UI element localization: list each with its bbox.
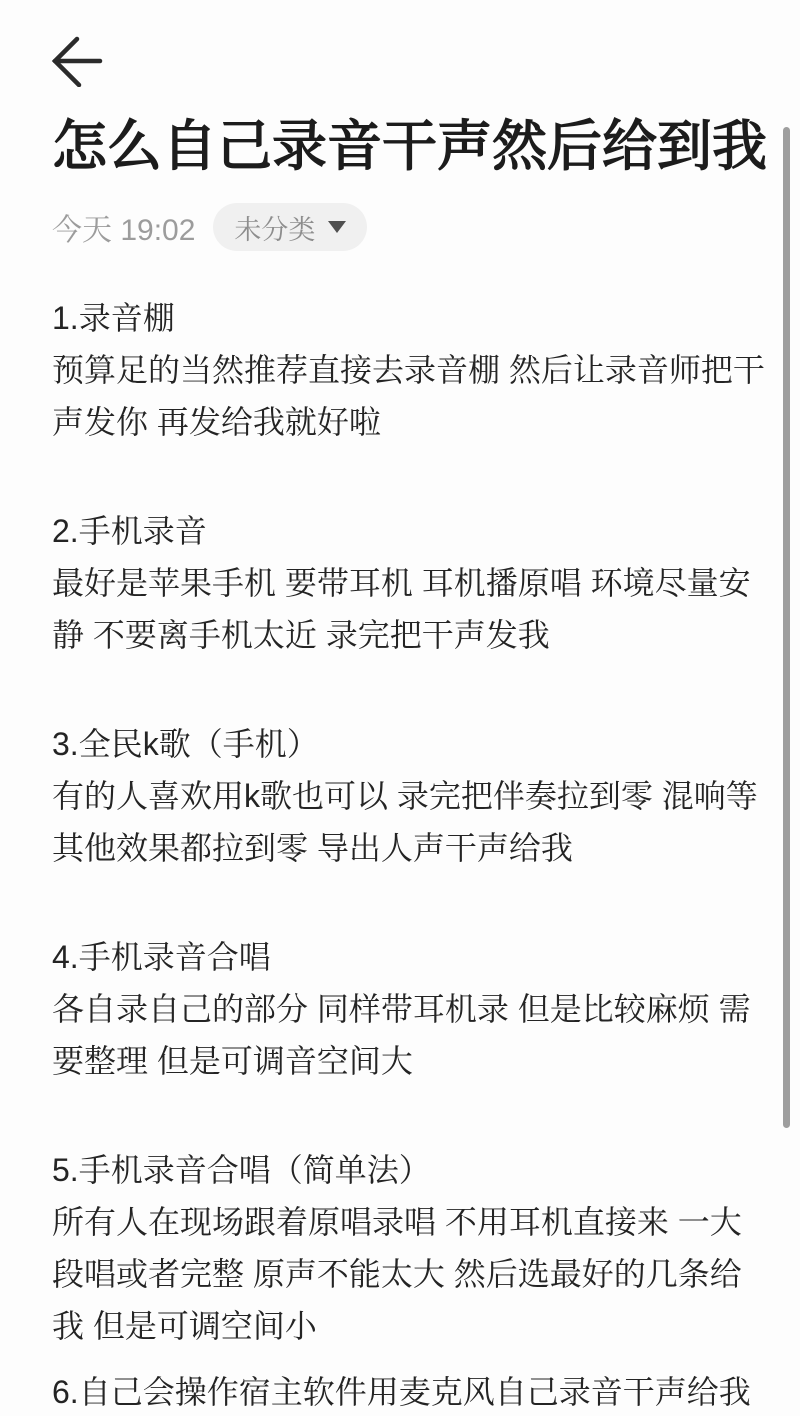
section-heading: 5.手机录音合唱（简单法） xyxy=(52,1144,774,1196)
section-heading: 1.录音棚 xyxy=(52,292,774,344)
section-heading: 6.自己会操作宿主软件用麦克风自己录音干声给我 xyxy=(52,1366,774,1416)
note-section-1: 1.录音棚 预算足的当然推荐直接去录音棚 然后让录音师把干声发你 再发给我就好啦 xyxy=(52,292,774,448)
section-body: 预算足的当然推荐直接去录音棚 然后让录音师把干声发你 再发给我就好啦 xyxy=(52,344,774,448)
note-section-4: 4.手机录音合唱 各自录自己的部分 同样带耳机录 但是比较麻烦 需要整理 但是可… xyxy=(52,931,774,1087)
note-section-3: 3.全民k歌（手机） 有的人喜欢用k歌也可以 录完把伴奏拉到零 混响等其他效果都… xyxy=(52,718,774,874)
scrollbar-thumb[interactable] xyxy=(783,127,790,1128)
section-body: 最好是苹果手机 要带耳机 耳机播原唱 环境尽量安静 不要离手机太近 录完把干声发… xyxy=(52,557,774,661)
caret-down-icon xyxy=(328,221,346,233)
section-body: 所有人在现场跟着原唱录唱 不用耳机直接来 一大段唱或者完整 原声不能太大 然后选… xyxy=(52,1196,774,1352)
note-meta: 今天 19:02 未分类 xyxy=(52,203,772,251)
section-heading: 3.全民k歌（手机） xyxy=(52,718,774,770)
topbar xyxy=(0,0,800,87)
section-heading: 2.手机录音 xyxy=(52,505,774,557)
back-arrow-icon xyxy=(50,35,104,87)
section-body: 各自录自己的部分 同样带耳机录 但是比较麻烦 需要整理 但是可调音空间大 xyxy=(52,983,774,1087)
note-title: 怎么自己录音干声然后给到我 xyxy=(52,111,772,181)
section-heading: 4.手机录音合唱 xyxy=(52,931,774,983)
back-button[interactable] xyxy=(50,35,104,87)
section-body: 有的人喜欢用k歌也可以 录完把伴奏拉到零 混响等其他效果都拉到零 导出人声干声给… xyxy=(52,770,774,874)
note-section-2: 2.手机录音 最好是苹果手机 要带耳机 耳机播原唱 环境尽量安静 不要离手机太近… xyxy=(52,505,774,661)
note-section-6: 6.自己会操作宿主软件用麦克风自己录音干声给我 xyxy=(52,1366,774,1416)
note-timestamp: 今天 19:02 xyxy=(52,205,195,249)
note-content: 1.录音棚 预算足的当然推荐直接去录音棚 然后让录音师把干声发你 再发给我就好啦… xyxy=(52,292,774,1416)
category-dropdown[interactable]: 未分类 xyxy=(213,203,367,251)
note-section-5: 5.手机录音合唱（简单法） 所有人在现场跟着原唱录唱 不用耳机直接来 一大段唱或… xyxy=(52,1144,774,1352)
category-label: 未分类 xyxy=(234,208,315,247)
